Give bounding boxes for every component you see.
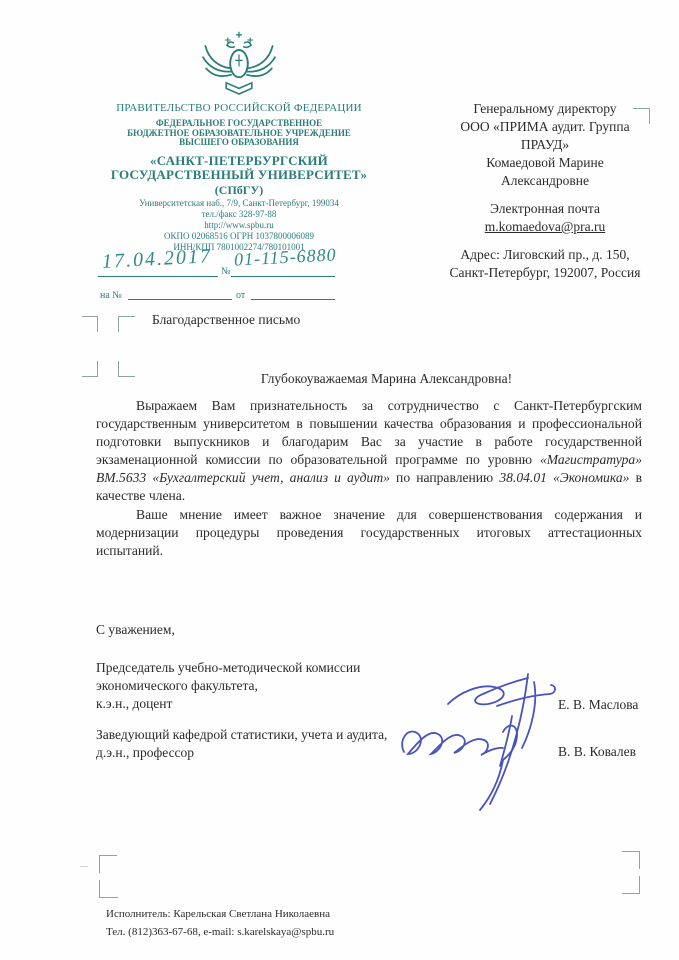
- signer2-title-line2: д.э.н., профессор: [96, 744, 387, 762]
- org-type-line3: ВЫСШЕГО ОБРАЗОВАНИЯ: [96, 138, 382, 148]
- letter-subject: Благодарственное письмо: [152, 312, 300, 328]
- recipient-line: Комаедовой Марине: [418, 154, 672, 172]
- corner-mark-stamp-zone-top-right: [82, 316, 98, 332]
- corner-mark-footer-zone-bottom-left: [99, 880, 118, 898]
- corner-mark-subject-zone-bottom-left: [118, 361, 135, 377]
- recipient-block: Генеральному директору ООО «ПРИМА аудит.…: [418, 100, 672, 282]
- recipient-line: Александровне: [418, 172, 672, 190]
- handwritten-date: 17.04.2017: [101, 245, 212, 274]
- email-label: Электронная почта: [418, 200, 672, 218]
- regards-line: С уважением,: [96, 622, 175, 638]
- body-text-run: по направлению: [390, 470, 499, 485]
- recipient-address-line2: Санкт-Петербург, 192007, Россия: [418, 264, 672, 282]
- direction-code-italic: 38.04.01 «Экономика»: [499, 470, 629, 485]
- university-name-line1: «САНКТ-ПЕТЕРБУРГСКИЙ: [96, 154, 382, 169]
- ref-na-label: на №: [100, 290, 122, 301]
- date-underline: [98, 276, 218, 277]
- signer1-title-line1: Председатель учебно-методической комисси…: [96, 659, 360, 677]
- letterhead: ПРАВИТЕЛЬСТВО РОССИЙСКОЙ ФЕДЕРАЦИИ ФЕДЕР…: [96, 30, 382, 252]
- letterhead-codes-okpo-ogrn: ОКПО 02068516 ОГРН 1037800006089: [96, 231, 382, 241]
- corner-mark-subject-zone-top-left: [118, 316, 135, 332]
- executor-contact: Тел. (812)363-67-68, e-mail: s.karelskay…: [106, 923, 334, 941]
- signer1-title-line3: к.э.н., доцент: [96, 695, 360, 713]
- corner-mark-footer-zone-top-left: [99, 855, 117, 873]
- number-sign: №: [221, 266, 231, 277]
- body-paragraph-1: Выражаем Вам признательность за сотрудни…: [96, 397, 642, 506]
- body-paragraph-2: Ваше мнение имеет важное значение для со…: [96, 506, 642, 560]
- letterhead-website: http://www.spbu.ru: [96, 220, 382, 230]
- university-abbr: (СПбГУ): [96, 184, 382, 197]
- corner-mark-stamp-zone-bottom-right: [82, 361, 98, 377]
- handwritten-number: 01-115-6880: [234, 244, 338, 270]
- salutation: Глубокоуважаемая Марина Александровна!: [96, 371, 641, 387]
- signer1-title-line2: экономического факультета,: [96, 677, 360, 695]
- university-name-line2: ГОСУДАРСТВЕННЫЙ УНИВЕРСИТЕТ»: [96, 168, 382, 183]
- signer1-title: Председатель учебно-методической комисси…: [96, 659, 360, 713]
- corner-mark-recipient-top-right: [633, 108, 650, 124]
- signature-kovalev: [396, 714, 546, 814]
- ref-ot-label: от: [236, 290, 245, 301]
- letter-body: Выражаем Вам признательность за сотрудни…: [96, 397, 642, 560]
- executor-name: Исполнитель: Карельская Светлана Николае…: [106, 905, 334, 923]
- number-underline: [231, 276, 335, 277]
- corner-mark-footer-zone-bottom-right: [622, 876, 640, 894]
- scan-artifact-dash: [80, 866, 88, 867]
- signer2-name: В. В. Ковалев: [558, 744, 636, 760]
- signer2-title-line1: Заведующий кафедрой статистики, учета и …: [96, 726, 387, 744]
- letter-page: ПРАВИТЕЛЬСТВО РОССИЙСКОЙ ФЕДЕРАЦИИ ФЕДЕР…: [0, 0, 679, 960]
- letterhead-phone: тел./факс 328-97-88: [96, 209, 382, 219]
- executor-block: Исполнитель: Карельская Светлана Николае…: [106, 905, 334, 941]
- recipient-line: ПРАУД»: [418, 136, 672, 154]
- letterhead-address: Университетская наб., 7/9, Санкт-Петербу…: [96, 198, 382, 208]
- corner-mark-footer-zone-top-right: [622, 851, 640, 869]
- spbu-eagle-emblem: [199, 30, 279, 98]
- ref-na-line: [128, 299, 232, 300]
- government-line: ПРАВИТЕЛЬСТВО РОССИЙСКОЙ ФЕДЕРАЦИИ: [96, 102, 382, 114]
- signer1-name: Е. В. Маслова: [558, 697, 638, 713]
- recipient-email: m.komaedova@pra.ru: [418, 218, 672, 236]
- signer2-title: Заведующий кафедрой статистики, учета и …: [96, 726, 387, 762]
- ref-ot-line: [251, 299, 335, 300]
- recipient-address-line1: Адрес: Лиговский пр., д. 150,: [418, 246, 672, 264]
